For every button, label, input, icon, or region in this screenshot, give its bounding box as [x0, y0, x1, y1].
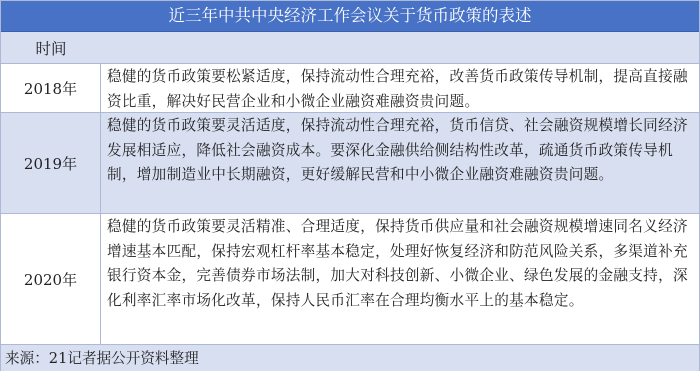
table-row-2019: 2019年 稳健的货币政策要灵活适度，保持流动性合理充裕，货币信贷、社会融资规模… [1, 113, 699, 214]
year-cell: 2019年 [1, 113, 101, 213]
time-column-header: 时间 [1, 37, 101, 59]
table-row-2020: 2020年 稳健的货币政策要灵活精准、合理适度，保持货币供应量和社会融资规模增速… [1, 214, 699, 345]
description-cell: 稳健的货币政策要灵活适度，保持流动性合理充裕，货币信贷、社会融资规模增长同经济发… [101, 113, 699, 213]
year-cell: 2020年 [1, 214, 101, 344]
source-note: 来源：21记者据公开资料整理 [1, 345, 699, 371]
description-cell: 稳健的货币政策要灵活精准、合理适度，保持货币供应量和社会融资规模增速同名义经济增… [101, 214, 699, 344]
policy-table: 近三年中共中央经济工作会议关于货币政策的表述 时间 2018年 稳健的货币政策要… [0, 0, 700, 371]
description-cell: 稳健的货币政策要松紧适度，保持流动性合理充裕，改善货币政策传导机制，提高直接融资… [101, 64, 699, 112]
year-cell: 2018年 [1, 64, 101, 112]
table-title: 近三年中共中央经济工作会议关于货币政策的表述 [1, 1, 699, 32]
table-row-2018: 2018年 稳健的货币政策要松紧适度，保持流动性合理充裕，改善货币政策传导机制，… [1, 64, 699, 113]
table-header-row: 时间 [1, 32, 699, 64]
